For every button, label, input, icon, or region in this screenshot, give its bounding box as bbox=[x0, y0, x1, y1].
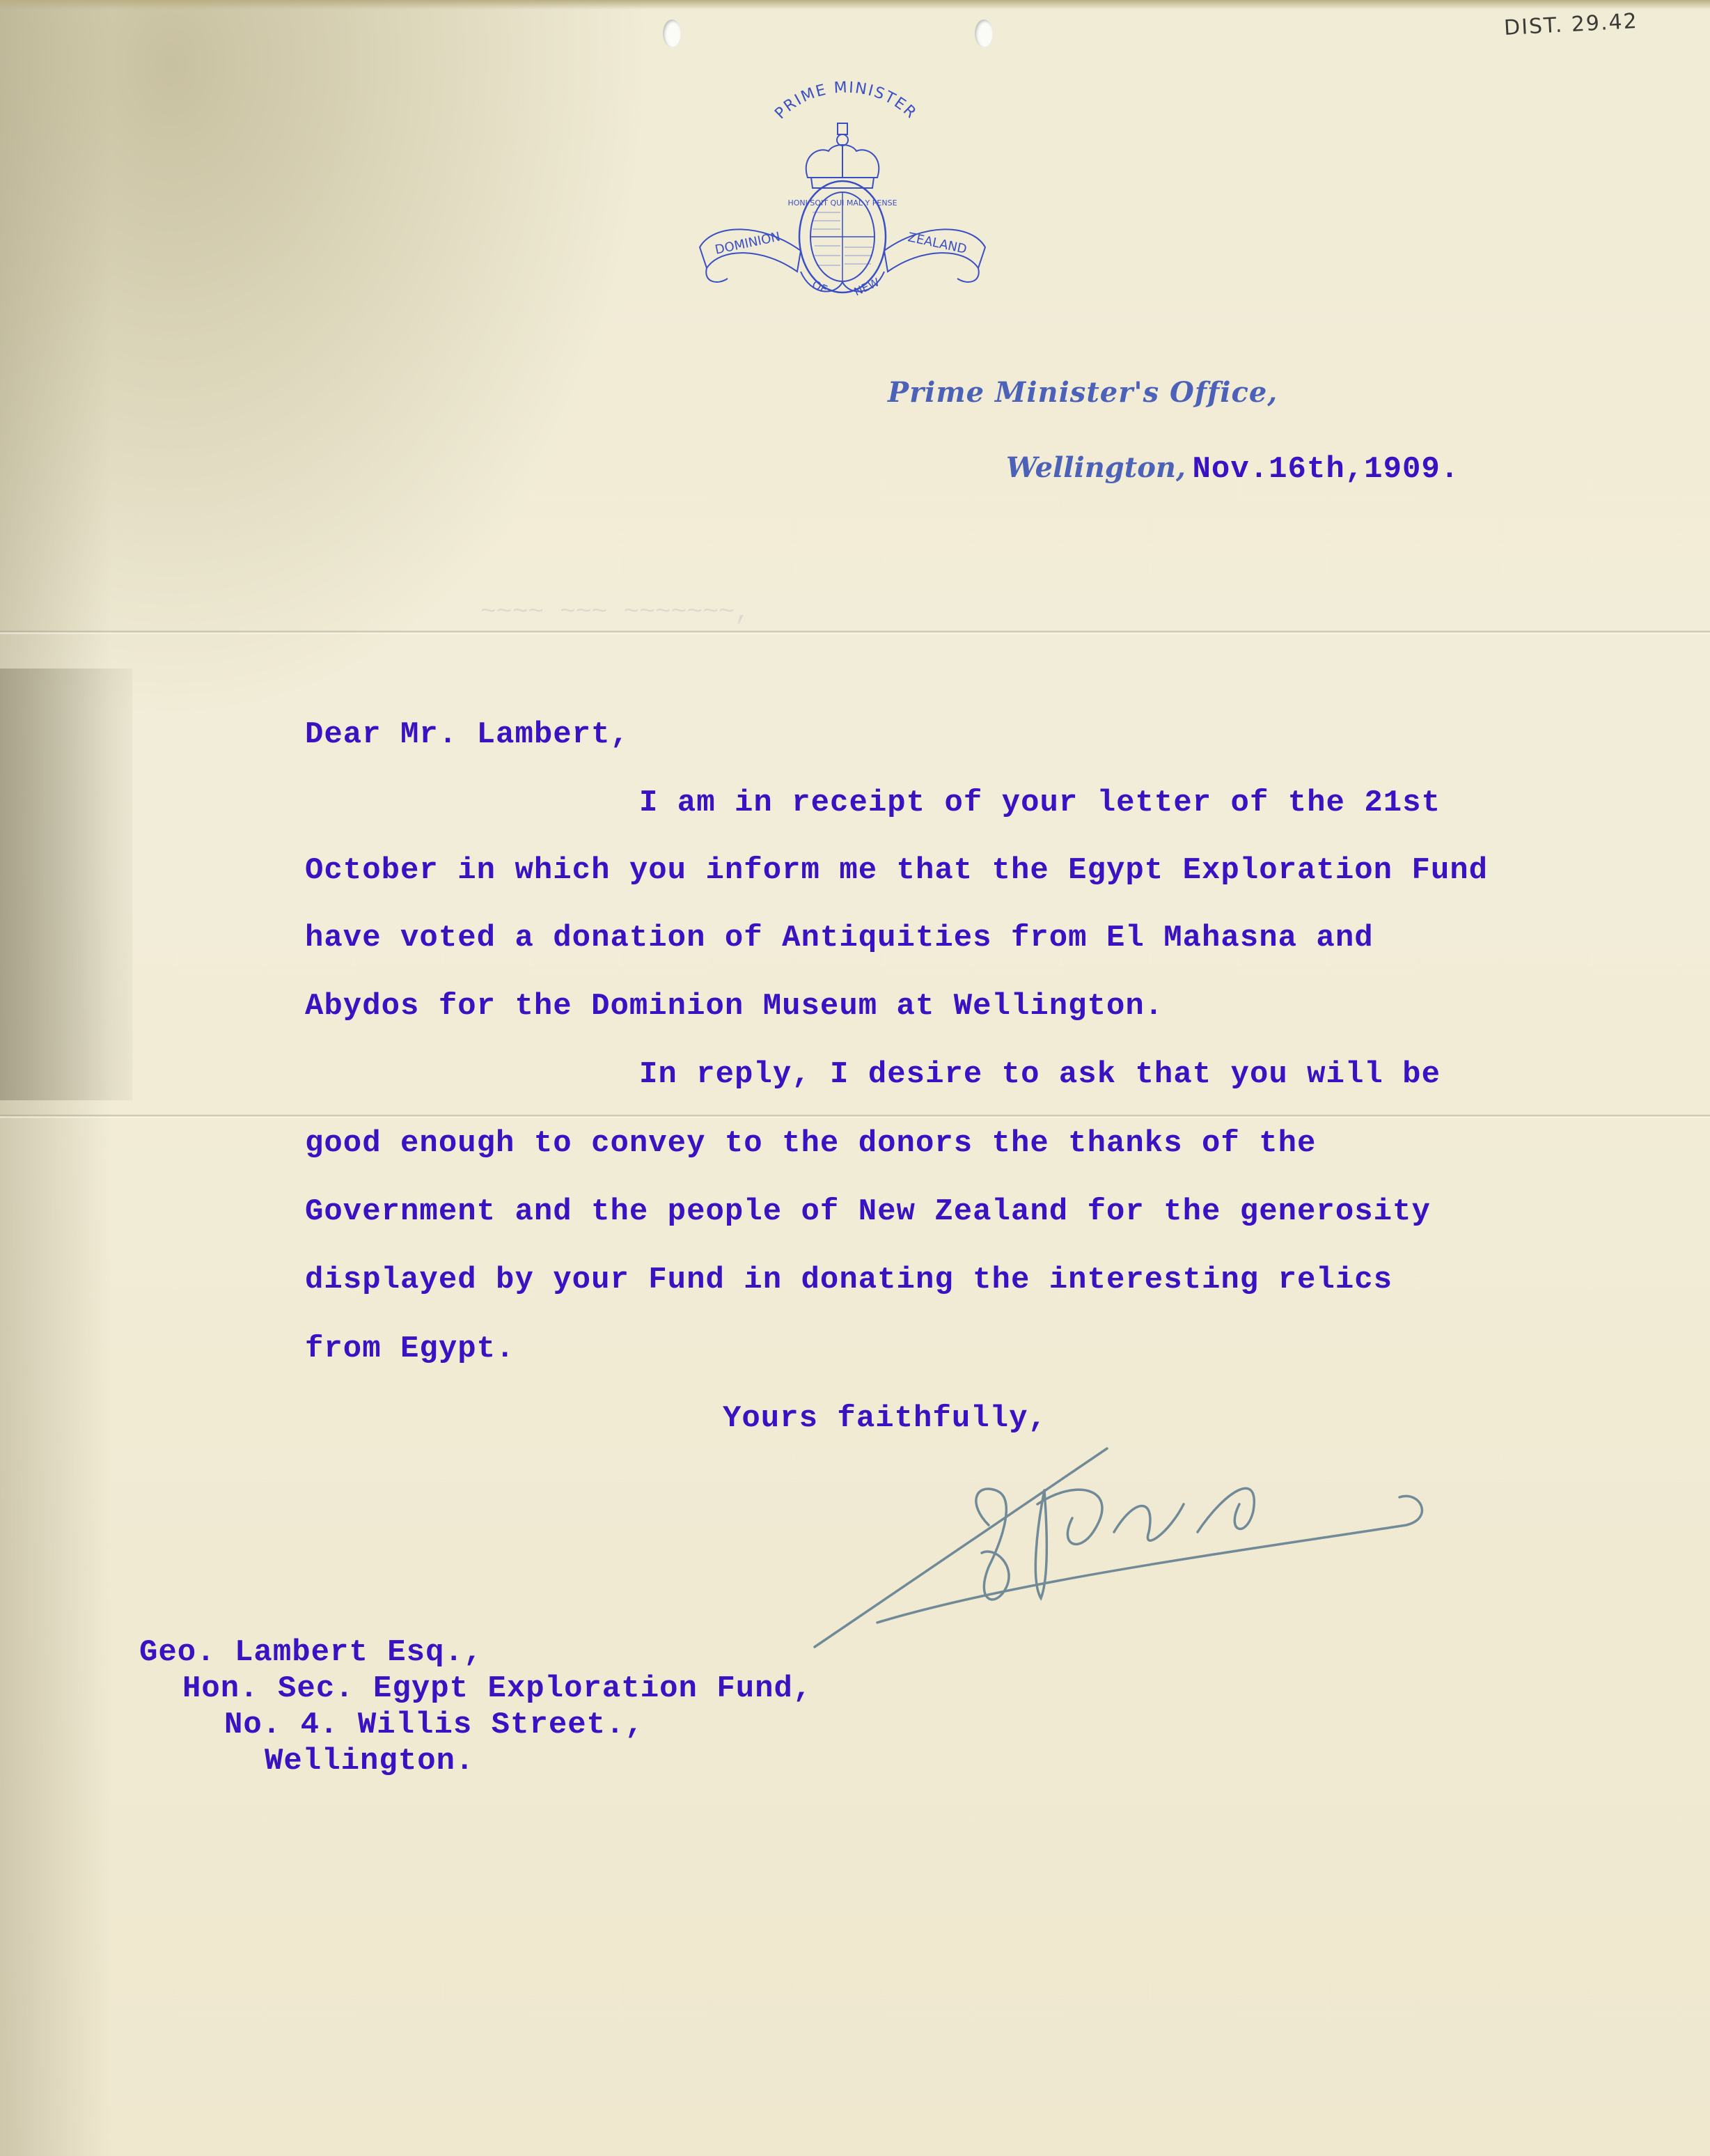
punch-hole-left bbox=[663, 19, 681, 47]
body-line: Abydos for the Dominion Museum at Wellin… bbox=[305, 989, 1163, 1024]
body-line: October in which you inform me that the … bbox=[305, 853, 1488, 888]
recipient-line: Wellington. bbox=[265, 1744, 474, 1779]
svg-text:NEW: NEW bbox=[852, 275, 881, 298]
paper-top-edge bbox=[0, 0, 1710, 10]
body-line: Government and the people of New Zealand… bbox=[305, 1194, 1431, 1229]
fold-line-upper bbox=[0, 630, 1710, 634]
body-line: good enough to convey to the donors the … bbox=[305, 1126, 1316, 1161]
recipient-line: Hon. Sec. Egypt Exploration Fund, bbox=[182, 1671, 812, 1706]
handwritten-signature-icon bbox=[808, 1414, 1462, 1664]
salutation: Dear Mr. Lambert, bbox=[305, 717, 629, 752]
fold-line-lower bbox=[0, 1114, 1710, 1118]
dateline-place: Wellington, bbox=[1006, 451, 1186, 484]
punch-hole-right bbox=[975, 19, 993, 47]
recipient-line: Geo. Lambert Esq., bbox=[139, 1635, 483, 1670]
body-line: have voted a donation of Antiquities fro… bbox=[305, 921, 1374, 955]
svg-text:HONI SOIT QUI MAL Y PENSE: HONI SOIT QUI MAL Y PENSE bbox=[787, 198, 897, 208]
signature bbox=[808, 1414, 1462, 1664]
svg-text:OF: OF bbox=[810, 278, 829, 296]
dateline: Wellington, Nov.16th,1909. bbox=[1006, 451, 1459, 487]
office-heading: Prime Minister's Office, bbox=[888, 376, 1278, 409]
crest-emblem: PRIME MINISTER HONI SOIT QUI MAL Y PENSE bbox=[686, 73, 999, 317]
body-line: displayed by your Fund in donating the i… bbox=[305, 1263, 1393, 1297]
body-line: from Egypt. bbox=[305, 1331, 515, 1366]
dateline-date: Nov.16th,1909. bbox=[1193, 452, 1460, 487]
svg-text:PRIME MINISTER: PRIME MINISTER bbox=[771, 79, 920, 123]
body-line: I am in receipt of your letter of the 21… bbox=[639, 786, 1441, 820]
show-through-text: ~~~~ ~~~ ~~~~~~~, bbox=[480, 597, 751, 627]
recipient-line: No. 4. Willis Street., bbox=[224, 1708, 644, 1742]
royal-crest-icon: PRIME MINISTER HONI SOIT QUI MAL Y PENSE bbox=[686, 73, 999, 317]
water-stain bbox=[0, 669, 132, 1100]
body-line: In reply, I desire to ask that you will … bbox=[639, 1057, 1441, 1092]
